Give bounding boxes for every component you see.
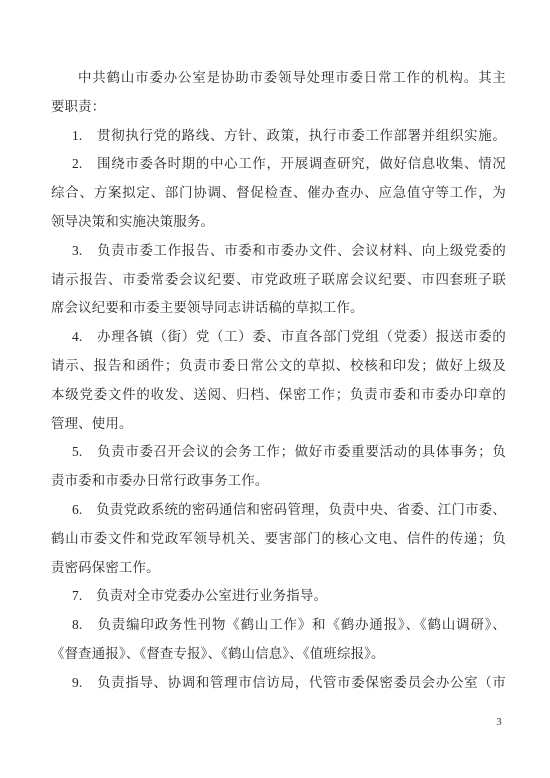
text-line: 请示、报告和函件；负责市委日常公文的草拟、校核和印发；做好上级及 (51, 352, 506, 381)
text-line: 本级党委文件的收发、送阅、归档、保密工作；负责市委和市委办印章的 (51, 381, 506, 410)
text-line: 1. 贯彻执行党的路线、方针、政策，执行市委工作部署并组织实施。 (51, 122, 506, 151)
text-line: 4. 办理各镇（街）党（工）委、市直各部门党组（党委）报送市委的 (51, 323, 506, 352)
text-line: 7. 负责对全市党委办公室进行业务指导。 (51, 582, 506, 611)
text-line: 5. 负责市委召开会议的会务工作；做好市委重要活动的具体事务；负 (51, 438, 506, 467)
text-line: 责密码保密工作。 (51, 554, 506, 583)
text-line: 中共鹤山市委办公室是协助市委领导处理市委日常工作的机构。其主 (51, 64, 506, 93)
text-block: 中共鹤山市委办公室是协助市委领导处理市委日常工作的机构。其主要职责：1. 贯彻执… (51, 64, 506, 698)
text-line: 9. 负责指导、协调和管理市信访局，代管市委保密委员会办公室（市 (51, 669, 506, 698)
text-line: 领导决策和实施决策服务。 (51, 208, 506, 237)
text-line: 8. 负责编印政务性刊物《鹤山工作》和《鹤办通报》、《鹤山调研》、 (51, 611, 506, 640)
text-line: 6. 负责党政系统的密码通信和密码管理，负责中央、省委、江门市委、 (51, 496, 506, 525)
text-line: 管理、使用。 (51, 410, 506, 439)
text-line: 请示报告、市委常委会议纪要、市党政班子联席会议纪要、市四套班子联 (51, 266, 506, 295)
text-line: 《督查通报》、《督查专报》、《鹤山信息》、《值班综报》。 (51, 640, 506, 669)
text-line: 综合、方案拟定、部门协调、督促检查、催办查办、应急值守等工作，为 (51, 179, 506, 208)
document-page: 中共鹤山市委办公室是协助市委领导处理市委日常工作的机构。其主要职责：1. 贯彻执… (0, 0, 550, 778)
text-line: 2. 围绕市委各时期的中心工作，开展调查研究，做好信息收集、情况 (51, 150, 506, 179)
text-line: 鹤山市委文件和党政军领导机关、要害部门的核心文电、信件的传递；负 (51, 525, 506, 554)
text-line: 席会议纪要和市委主要领导同志讲话稿的草拟工作。 (51, 294, 506, 323)
text-line: 要职责： (51, 93, 506, 122)
text-line: 责市委和市委办日常行政事务工作。 (51, 467, 506, 496)
page-number: 3 (492, 716, 506, 730)
text-line: 3. 负责市委工作报告、市委和市委办文件、会议材料、向上级党委的 (51, 237, 506, 266)
